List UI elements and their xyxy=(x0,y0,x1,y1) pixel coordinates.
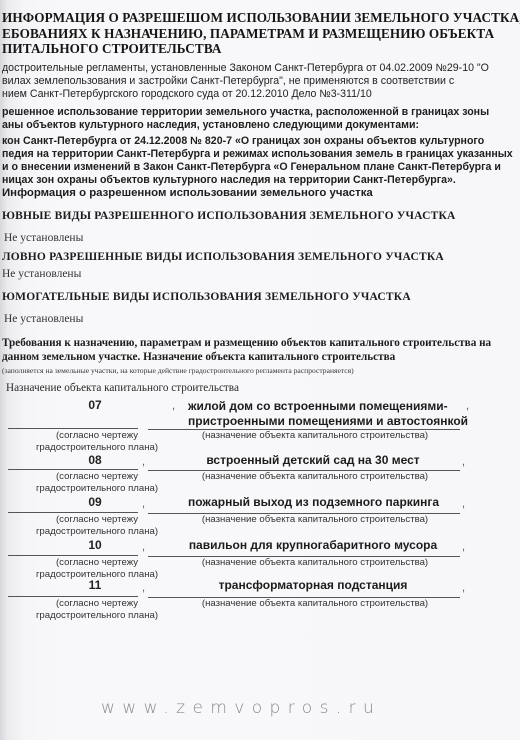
caption-line: (согласно чертежу xyxy=(22,557,172,569)
right-caption: (назначение объекта капитального строите… xyxy=(190,557,440,568)
separator-comma: , xyxy=(462,498,465,510)
requirements-heading: Требования к назначению, параметрам и ра… xyxy=(2,336,491,364)
section-value-main-uses: Не установлены xyxy=(4,232,83,244)
paragraph-line: ницах зон охраны объектов культурного на… xyxy=(2,174,513,187)
caption-line: градостроительного плана) xyxy=(22,526,172,538)
separator-comma: , xyxy=(172,400,175,412)
separator-comma: , xyxy=(142,498,145,510)
purpose-line: пристроенными помещениями и автостоянкой xyxy=(188,414,438,429)
section-heading-main-uses: ЮВНЫЕ ВИДЫ РАЗРЕШЕННОГО ИСПОЛЬЗОВАНИЯ ЗЕ… xyxy=(2,210,456,222)
caption-line: (согласно чертежу xyxy=(22,514,172,526)
title-line: ПИТАЛЬНОГО СТРОИТЕЛЬСТВА xyxy=(2,41,520,57)
section-heading-conditional-uses: ЛОВНО РАЗРЕШЕННЫЕ ВИДЫ ИСПОЛЬЗОВАНИЯ ЗЕМ… xyxy=(2,251,444,263)
right-caption: (назначение объекта капитального строите… xyxy=(190,471,440,482)
right-caption: (назначение объекта капитального строите… xyxy=(190,514,440,525)
caption-line: градостроительного плана) xyxy=(22,483,172,495)
info-heading: Информация о разрешенном использовании з… xyxy=(2,187,373,200)
right-caption: (назначение объекта капитального строите… xyxy=(190,430,440,441)
separator-comma: , xyxy=(462,582,465,594)
object-number: 07 xyxy=(30,398,160,412)
left-caption: (согласно чертежу градостроительного пла… xyxy=(22,598,172,622)
object-purpose: павильон для крупногабаритного мусора xyxy=(188,538,438,553)
object-number: 11 xyxy=(30,578,160,592)
permitted-use-paragraph: решенное использование территории земель… xyxy=(2,106,489,132)
purpose-line: жилой дом со встроенными помещениями- xyxy=(188,399,438,414)
separator-comma: , xyxy=(142,541,145,553)
paragraph-line: вилах землепользования и застройки Санкт… xyxy=(2,75,489,88)
caption-line: градостроительного плана) xyxy=(22,610,172,622)
underline xyxy=(8,555,138,556)
underline xyxy=(8,428,138,429)
purpose-label: Назначение объекта капитального строител… xyxy=(6,382,239,394)
separator-comma: , xyxy=(462,456,465,468)
heading-line: Требования к назначению, параметрам и ра… xyxy=(2,336,491,350)
separator-comma: , xyxy=(462,541,465,553)
section-value-auxiliary-uses: Не установлены xyxy=(4,313,83,325)
paragraph-line: решенное использование территории земель… xyxy=(2,106,489,119)
underline xyxy=(8,596,138,597)
object-number: 09 xyxy=(30,495,160,509)
underline xyxy=(8,469,138,470)
underline xyxy=(8,512,138,513)
law-paragraph: кон Санкт-Петербурга от 24.12.2008 № 820… xyxy=(2,135,513,187)
caption-line: (согласно чертежу xyxy=(22,598,172,610)
caption-line: (согласно чертежу xyxy=(22,430,172,442)
document-page: ИНФОРМАЦИЯ О РАЗРЕШЕШОМ ИСПОЛЬЗОВАНИИ ЗЕ… xyxy=(0,0,520,740)
separator-comma: , xyxy=(142,582,145,594)
object-number: 08 xyxy=(30,453,160,467)
paragraph-line: нием Санкт-Петербургского городского суд… xyxy=(2,88,489,101)
object-purpose: трансформаторная подстанция xyxy=(188,578,438,593)
document-title: ИНФОРМАЦИЯ О РАЗРЕШЕШОМ ИСПОЛЬЗОВАНИИ ЗЕ… xyxy=(2,10,520,57)
title-line: ЕБОВАНИЯХ К НАЗНАЧЕНИЮ, ПАРАМЕТРАМ И РАЗ… xyxy=(2,26,520,42)
object-purpose: пожарный выход из подземного паркинга xyxy=(188,495,438,510)
object-purpose: встроенный детский сад на 30 мест xyxy=(188,453,438,468)
heading-line: данном земельном участке. Назначение объ… xyxy=(2,350,491,364)
section-value-conditional-uses: Не установлены xyxy=(2,268,81,280)
paragraph-line: аны объектов культурного наследия, устан… xyxy=(2,119,489,132)
title-line: ИНФОРМАЦИЯ О РАЗРЕШЕШОМ ИСПОЛЬЗОВАНИИ ЗЕ… xyxy=(2,10,520,26)
paragraph-line: педия на территории Санкт-Петербурга и р… xyxy=(2,148,513,161)
watermark: www.zemvopros.ru xyxy=(101,698,381,718)
separator-comma: , xyxy=(466,400,469,412)
left-caption: (согласно чертежу градостроительного пла… xyxy=(22,471,172,495)
separator-comma: , xyxy=(142,456,145,468)
paragraph-line: кон Санкт-Петербурга от 24.12.2008 № 820… xyxy=(2,135,513,148)
right-caption: (назначение объекта капитального строите… xyxy=(190,598,440,609)
section-heading-auxiliary-uses: ЮМОГАТЕЛЬНЫЕ ВИДЫ ИСПОЛЬЗОВАНИЯ ЗЕМЕЛЬНО… xyxy=(2,291,411,303)
paragraph-line: и о внесении изменений в Закон Санкт-Пет… xyxy=(2,161,513,174)
object-number: 10 xyxy=(30,538,160,552)
object-purpose: жилой дом со встроенными помещениями- пр… xyxy=(188,399,438,429)
left-caption: (согласно чертежу градостроительного пла… xyxy=(22,430,172,454)
left-caption: (согласно чертежу градостроительного пла… xyxy=(22,514,172,538)
paragraph-line: достроительные регламенты, установленные… xyxy=(2,62,489,75)
regulations-paragraph: достроительные регламенты, установленные… xyxy=(2,62,489,101)
caption-line: (согласно чертежу xyxy=(22,471,172,483)
requirements-note: (заполняется на земельные участки, на ко… xyxy=(2,366,354,375)
